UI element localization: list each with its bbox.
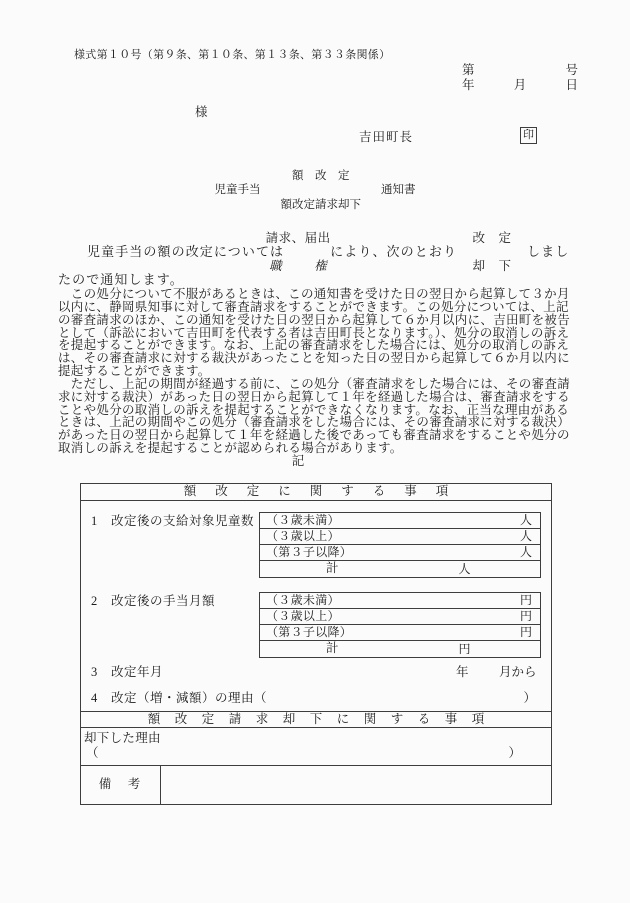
revision-items-table: 額改定に関する事項 1 改定後の支給対象児童数 （３歳未満） 人 （３歳以上） … xyxy=(80,483,552,805)
row-label: （第３子以降） xyxy=(266,626,520,639)
section3-number: 3 xyxy=(91,666,97,680)
section4-label: 改定（増・減額）の理由（ xyxy=(111,692,267,706)
title-option-rejection: 額改定請求却下 xyxy=(281,199,362,211)
table-header-revision-text: 額改定に関する事項 xyxy=(184,485,468,499)
intro-lead: 児童手当の額の改定については xyxy=(87,245,284,259)
choice-authority-char2: 権 xyxy=(314,260,327,273)
row-unit: 円 xyxy=(520,626,532,639)
table-total-row: 計 人 xyxy=(260,561,540,577)
section1-label: 改定後の支給対象児童数 xyxy=(111,515,254,529)
table-row: （３歳未満） 円 xyxy=(260,593,540,609)
title-left: 児童手当 xyxy=(215,184,261,196)
choice-revise: 改 定 xyxy=(473,232,512,245)
intro-mid: により、次のとおり xyxy=(330,245,457,259)
intro-sentence: 児童手当の額の改定については 請求、届出 職 権 により、次のとおり 改 定 却… xyxy=(58,232,574,273)
section4-number: 4 xyxy=(91,692,97,706)
total-unit: 人 xyxy=(459,563,471,576)
doc-number-suffix: 号 xyxy=(565,64,578,78)
section3-label: 改定年月 xyxy=(111,666,163,680)
remarks-label: 備 考 xyxy=(81,766,161,804)
table-row: （第３子以降） 人 xyxy=(260,545,540,561)
rejection-close-paren: ） xyxy=(508,747,521,761)
seal-stamp-box: 印 xyxy=(520,127,537,144)
table-total-row: 計 円 xyxy=(260,641,540,657)
row-unit: 円 xyxy=(520,610,532,623)
table-header-revision: 額改定に関する事項 xyxy=(81,484,551,501)
monthly-amount-subtable: （３歳未満） 円 （３歳以上） 円 （第３子以降） 円 計 円 xyxy=(259,592,541,658)
revision-month-from-label: 月から xyxy=(499,666,537,680)
row-unit: 人 xyxy=(520,546,532,559)
appeal-notice-paragraph: この処分について不服があるときは、この通知書を受けた日の翌日から起算して３か月 … xyxy=(58,288,578,455)
row-unit: 円 xyxy=(520,594,532,607)
total-unit: 円 xyxy=(459,643,471,656)
rejection-open-paren: （ xyxy=(86,747,99,761)
choice-reject: 却 下 xyxy=(473,260,512,273)
row-unit: 人 xyxy=(520,530,532,543)
remarks-row: 備 考 xyxy=(81,765,551,804)
title-option-revision: 額 改 定 xyxy=(292,170,350,182)
row-label: （第３子以降） xyxy=(266,546,520,559)
document-number-line: 第 号 xyxy=(462,64,578,78)
choice-authority-char1: 職 xyxy=(269,260,282,273)
intro-choice-revise-or-reject: 改 定 却 下 xyxy=(457,232,527,272)
title-right: 通知書 xyxy=(381,184,416,196)
total-label: 計 xyxy=(326,642,339,656)
row-label: （３歳未満） xyxy=(266,594,520,607)
date-day-label: 日 xyxy=(565,79,578,93)
choice-authority: 職 権 xyxy=(269,260,327,273)
table-header-rejection: 額改定請求却下に関する事項 xyxy=(81,711,551,728)
date-line: 年 月 日 xyxy=(462,79,578,93)
table-row: （３歳以上） 円 xyxy=(260,609,540,625)
row-label: （３歳以上） xyxy=(266,610,520,623)
row-unit: 人 xyxy=(520,514,532,527)
date-year-label: 年 xyxy=(462,79,475,93)
issuer-name: 吉田町長 xyxy=(359,131,413,145)
table-header-rejection-text: 額改定請求却下に関する事項 xyxy=(148,713,499,727)
doc-number-prefix: 第 xyxy=(462,64,475,78)
document-title: 児童手当 額 改 定 額改定請求却下 通知書 xyxy=(0,170,630,211)
table-row: （第３子以降） 円 xyxy=(260,625,540,641)
section2-number: 2 xyxy=(91,595,97,609)
rejection-reason-label: 却下した理由 xyxy=(84,732,161,746)
table-row: （３歳未満） 人 xyxy=(260,513,540,529)
remarks-empty-cell xyxy=(161,766,551,804)
section4-close-paren: ） xyxy=(523,692,536,706)
section2-label: 改定後の手当月額 xyxy=(111,595,215,609)
section1-number: 1 xyxy=(91,515,97,529)
revision-year-label: 年 xyxy=(456,666,469,680)
ki-marker: 記 xyxy=(58,455,538,469)
total-label: 計 xyxy=(326,562,339,576)
addressee-suffix: 様 xyxy=(195,106,208,120)
row-label: （３歳以上） xyxy=(266,530,520,543)
intro-tail: しまし xyxy=(527,245,569,259)
document-page: 様式第１０号（第９条、第１０条、第１３条、第３３条関係） 第 号 年 月 日 様… xyxy=(0,0,630,903)
intro-choice-request-or-authority: 請求、届出 職 権 xyxy=(284,232,330,272)
intro-sentence-continued: たので通知します。 xyxy=(58,273,184,287)
children-count-subtable: （３歳未満） 人 （３歳以上） 人 （第３子以降） 人 計 人 xyxy=(259,512,541,578)
row-label: （３歳未満） xyxy=(266,514,520,527)
form-number: 様式第１０号（第９条、第１０条、第１３条、第３３条関係） xyxy=(74,50,390,62)
title-choice-stack: 額 改 定 額改定請求却下 xyxy=(281,170,362,211)
table-row: （３歳以上） 人 xyxy=(260,529,540,545)
date-month-label: 月 xyxy=(514,79,527,93)
choice-request-notification: 請求、届出 xyxy=(266,232,331,245)
